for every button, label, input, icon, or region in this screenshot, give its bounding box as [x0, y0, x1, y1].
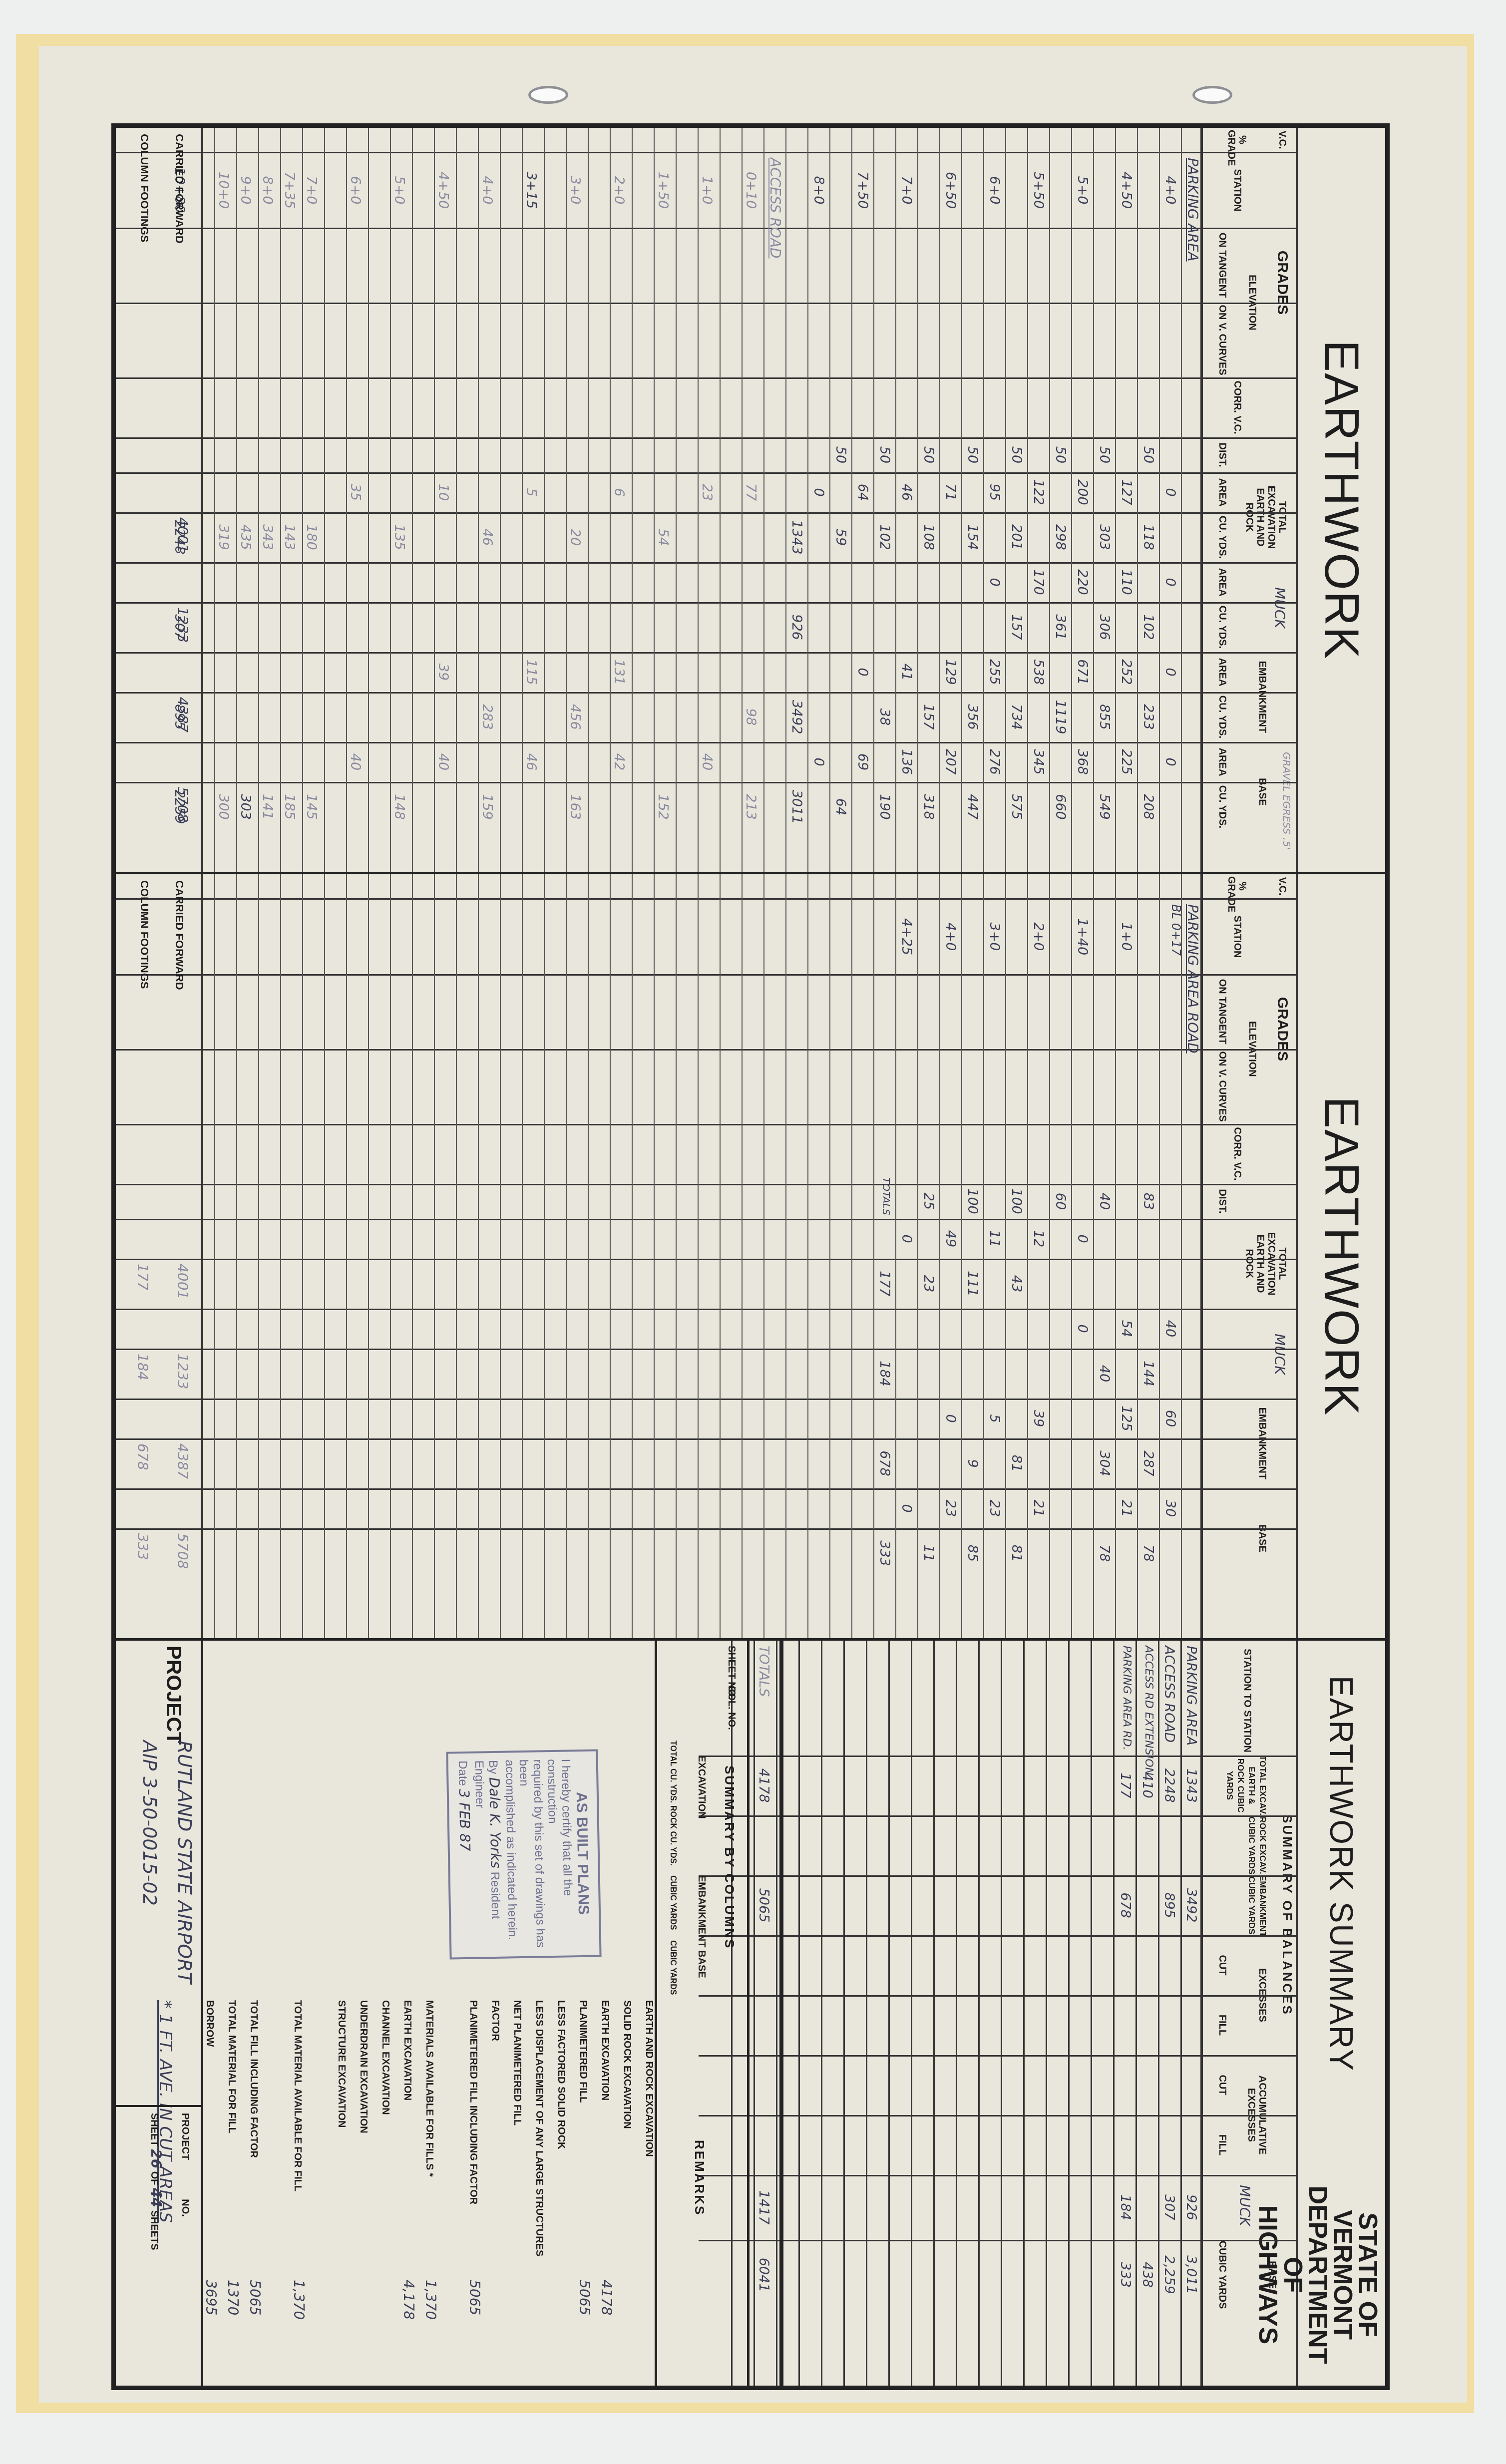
header-area: AREA	[1217, 472, 1228, 512]
summary-row: PARKING AREA134334929263,011	[1180, 1641, 1202, 2386]
as-built-stamp: AS BUILT PLANS I hereby certify that all…	[446, 1749, 601, 1959]
summary-row: ACCESS ROAD22488953072,259	[1158, 1641, 1180, 2386]
section-label: PARKING AREA	[1184, 158, 1201, 262]
panel-title: EARTHWORK	[1296, 874, 1385, 1638]
header-embankment: EMBANKMENT	[1257, 652, 1268, 742]
header-dist: DIST.	[1217, 437, 1228, 472]
earthwork-sheet: EARTHWORK V.C. % GRADE STATION GRADES EL…	[39, 46, 1467, 2403]
earthwork-summary-panel: EARTHWORK SUMMARY STATE OF VERMONTDEPART…	[116, 1641, 1385, 2386]
header-cuyds: CU. YDS.	[1217, 782, 1228, 832]
header-cuyds: CU. YDS.	[1217, 512, 1228, 562]
header-base: BASE	[1257, 742, 1268, 842]
data-grid: PARKING AREA 4+00000 50118102233208 4+50…	[201, 128, 1203, 872]
header-cuyds: CU. YDS.	[1217, 692, 1228, 742]
panel-footer: CARRIED FORWARD COLUMN FOOTINGS 4001 123…	[116, 874, 203, 1638]
section-label: ACCESS ROAD	[767, 158, 783, 259]
column-headers: V.C. % GRADE STATION GRADES ELEVATION ON…	[1200, 128, 1298, 872]
header-vc: V.C.	[1277, 130, 1288, 150]
summary-headers: STATION TO STATION SUMMARY OF BALANCES T…	[1200, 1641, 1298, 2386]
column-footings-label: COLUMN FOOTINGS	[138, 134, 151, 243]
header-area: AREA	[1217, 652, 1228, 692]
summary-row: ACCESS RD EXTENSION410438	[1136, 1641, 1158, 2386]
header-muck: MUCK	[1271, 587, 1288, 629]
binder-hole	[528, 86, 568, 104]
summary-lower: TOTALS4178506514176041 SHEET NO. COL. NO…	[116, 1641, 783, 2386]
summary-row: PARKING AREA RD.177678184333	[1114, 1641, 1136, 2386]
project-block: PROJECT RUTLAND STATE AIRPORT AIP 3-50-0…	[116, 1641, 203, 2386]
earthwork-panel-1: EARTHWORK V.C. % GRADE STATION GRADES EL…	[116, 128, 1385, 874]
header-cuyds: CU. YDS.	[1217, 602, 1228, 652]
sheet-frame: EARTHWORK V.C. % GRADE STATION GRADES EL…	[111, 123, 1390, 2390]
carried-forward-label: CARRIED FORWARD	[173, 134, 186, 244]
binder-hole	[1192, 86, 1232, 104]
header-corr-vc: CORR. V.C.	[1232, 377, 1243, 437]
header-on-vcurves: ON V. CURVES	[1217, 303, 1228, 377]
panel-footer: CARRIED FORWARD COLUMN FOOTINGS 4001 123…	[116, 128, 203, 872]
header-on-tangent: ON TANGENT	[1217, 228, 1228, 303]
earthwork-panel-2: EARTHWORK V.C. % GRADE STATION GRADES EL…	[116, 874, 1385, 1641]
base-note: GRAVEL EGRESS .5'	[1281, 752, 1293, 850]
data-grid: PARKING AREA ROAD BL 0+17 406030 8314428…	[201, 874, 1203, 1638]
header-grade: % GRADE	[1226, 130, 1248, 150]
totals-row: TOTALS4178506514176041	[753, 1641, 774, 2386]
header-area: AREA	[1217, 562, 1228, 602]
header-grades: GRADES	[1277, 228, 1288, 338]
header-area: AREA	[1217, 742, 1228, 782]
summary-grid: PARKING AREA134334929263,011 ACCESS ROAD…	[710, 1641, 1203, 2386]
column-headers: V.C. % GRADE STATION GRADES ELEVATION ON…	[1200, 874, 1298, 1638]
panel-title: EARTHWORK	[1296, 128, 1385, 872]
header-total-excavation: TOTAL EXCAVATION EARTH AND ROCK	[1244, 472, 1288, 562]
header-station: STATION	[1232, 153, 1243, 228]
